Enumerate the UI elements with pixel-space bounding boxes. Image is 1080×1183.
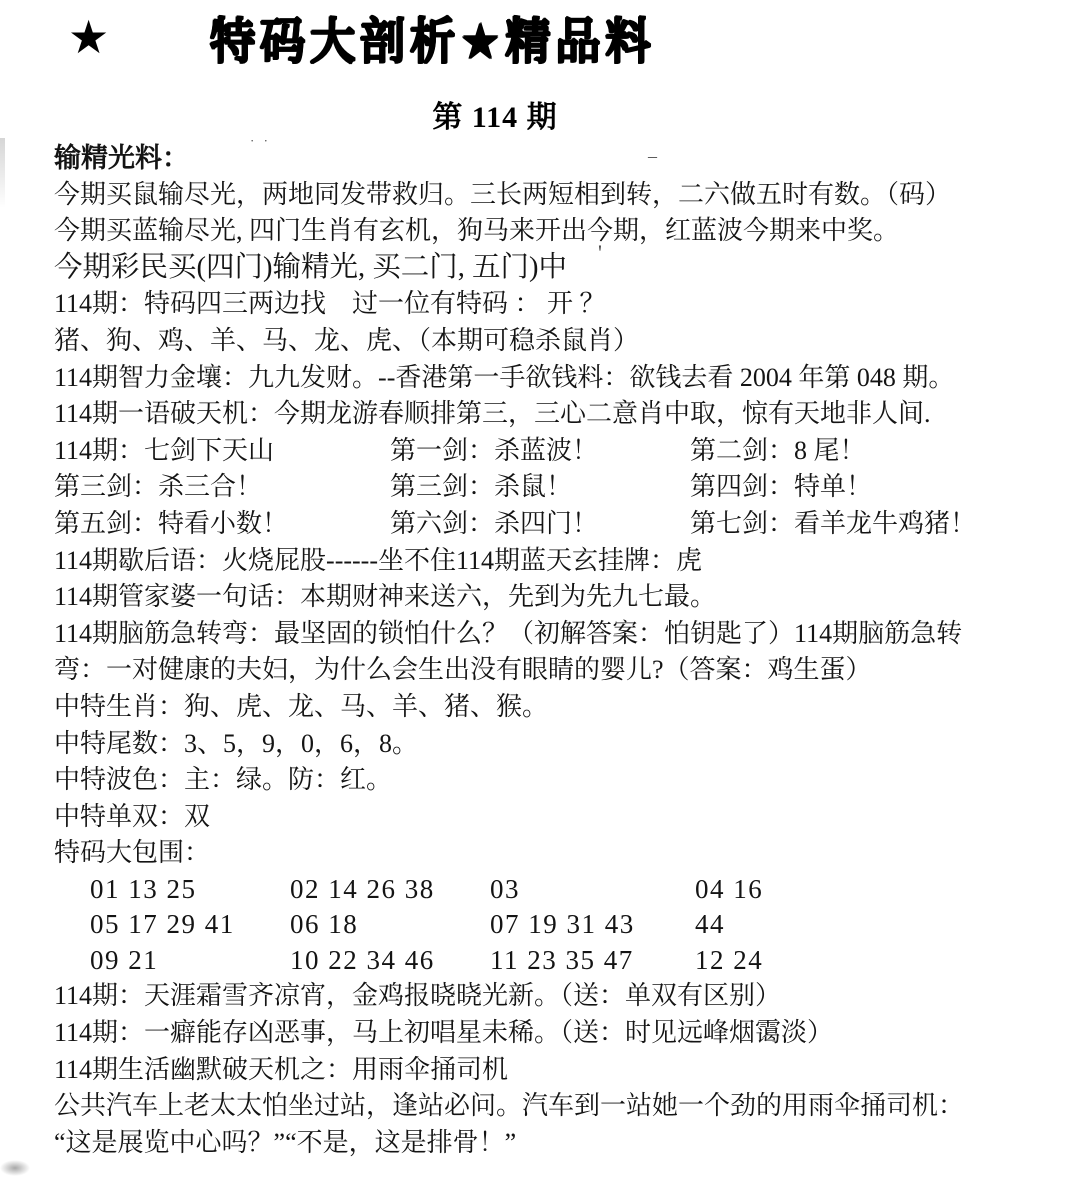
sword-cell: 第七剑：看羊龙牛鸡猪！ <box>690 506 1060 543</box>
number-group: 02 14 26 38 <box>290 872 490 908</box>
number-group: 05 17 29 41 <box>90 907 290 943</box>
sword-row-1: 114期：七剑下天山 第一剑：杀蓝波！ 第二剑：8 尾！ <box>54 433 1060 470</box>
secret-line: 114期一语破天机：今期龙游春顺排第三，三心二意肖中取，惊有天地非人间. <box>54 396 1060 433</box>
poem-line-2: 今期买蓝输尽光, 四门生肖有玄机，狗马来开出今期，红蓝波今期来中奖。 <box>54 213 1060 250</box>
number-grid-row-2: 05 17 29 41 06 18 07 19 31 43 44 <box>90 907 1060 943</box>
number-group: 11 23 35 47 <box>490 943 695 979</box>
section-label-intro: 输精光料： <box>54 140 1060 177</box>
number-group: 12 24 <box>695 943 1060 979</box>
number-group: 44 <box>695 907 1060 943</box>
sword-row-3: 第五剑：特看小数！ 第六剑：杀四门！ 第七剑：看羊龙牛鸡猪！ <box>54 506 1060 543</box>
verse-line-1: 114期：天涯霜雪齐凉宵，金鸡报晓晓光新。（送：单双有区别） <box>54 978 1060 1015</box>
number-group: 07 19 31 43 <box>490 907 695 943</box>
number-grid-row-1: 01 13 25 02 14 26 38 03 04 16 <box>90 872 1060 908</box>
wisdom-line: 114期智力金壤：九九发财。--香港第一手欲钱料：欲钱去看 2004 年第 04… <box>54 360 1060 397</box>
page-title: 特码大剖析★精品料 <box>210 2 655 72</box>
sword-cell: 第二剑：8 尾！ <box>690 433 1060 470</box>
sword-cell: 114期：七剑下天山 <box>54 433 390 470</box>
scan-artifact-tick: ' <box>598 246 605 259</box>
sword-cell: 第三剑：杀三合！ <box>54 469 390 506</box>
document-body: 输精光料： 今期买鼠输尽光，两地同发带救归。三长两短相到转，二六做五时有数。（码… <box>54 140 1060 1161</box>
humor-body-line: 公共汽车上老太太怕坐过站，逢站必问。汽车到一站她一个劲的用雨伞捅司机： <box>54 1088 1060 1125</box>
issue-number: 第 114 期 <box>0 92 990 136</box>
number-grid-row-3: 09 21 10 22 34 46 11 23 35 47 12 24 <box>90 943 1060 979</box>
sword-cell: 第一剑：杀蓝波！ <box>390 433 690 470</box>
sword-cell: 第六剑：杀四门！ <box>390 506 690 543</box>
number-group: 01 13 25 <box>90 872 290 908</box>
scan-artifact-dash: – <box>648 150 660 163</box>
number-group: 06 18 <box>290 907 490 943</box>
sword-cell: 第五剑：特看小数！ <box>54 506 390 543</box>
zhongte-shengxiao-line: 中特生肖：狗、虎、龙、马、羊、猪、猴。 <box>54 689 1060 726</box>
poem-line-3: 今期彩民买(四门)输精光, 买二门, 五门)中 <box>54 250 1060 287</box>
zhongte-weishu-line: 中特尾数：3、5，9，0，6，8。 <box>54 726 1060 763</box>
sword-cell: 第三剑：杀鼠！ <box>390 469 690 506</box>
number-group: 09 21 <box>90 943 290 979</box>
sword-cell: 第四剑：特单！ <box>690 469 1060 506</box>
sword-row-2: 第三剑：杀三合！ 第三剑：杀鼠！ 第四剑：特单！ <box>54 469 1060 506</box>
zhongte-bose-line: 中特波色：主：绿。防：红。 <box>54 762 1060 799</box>
number-group: 10 22 34 46 <box>290 943 490 979</box>
wrap-section-label: 特码大包围： <box>54 835 1060 872</box>
humor-title-line: 114期生活幽默破天机之：用雨伞捅司机 <box>54 1052 1060 1089</box>
number-group: 03 <box>490 872 695 908</box>
zhongte-danshuang-line: 中特单双：双 <box>54 799 1060 836</box>
star-icon: ★ <box>68 10 109 64</box>
scan-edge-streak <box>0 138 5 208</box>
guanjiapo-line: 114期管家婆一句话：本期财神来送六，先到为先九七最。 <box>54 579 1060 616</box>
verse-line-2: 114期：一癖能存凶恶事，马上初唱星未稀。（送：时见远峰烟霭淡） <box>54 1015 1060 1052</box>
poem-line-1: 今期买鼠输尽光，两地同发带救归。三长两短相到转，二六做五时有数。（码） <box>54 177 1060 214</box>
number-group: 04 16 <box>695 872 1060 908</box>
humor-punchline: “这是展览中心吗？”“不是，这是排骨！” <box>54 1125 1060 1162</box>
special-find-line: 114期：特码四三两边找 过一位有特码 ： 开 ？ <box>54 286 1060 323</box>
scan-artifact-dots: · · <box>250 134 271 147</box>
scanned-tip-sheet: ★ 特码大剖析★精品料 第 114 期 输精光料： 今期买鼠输尽光，两地同发带救… <box>0 0 1080 1183</box>
riddle-line-1: 114期脑筋急转弯：最坚固的锁怕什么？（初解答案：怕钥匙了）114期脑筋急转 <box>54 616 1060 653</box>
riddle-line-2: 弯：一对健康的夫妇，为什么会生出没有眼睛的婴儿?（答案：鸡生蛋） <box>54 652 1060 689</box>
zodiac-kill-line: 猪、狗、鸡、羊、马、龙、虎、（本期可稳杀鼠肖） <box>54 323 1060 360</box>
scan-smudge <box>0 1160 30 1176</box>
xiehouyu-line: 114期歇后语：火烧屁股------坐不住114期蓝天玄挂牌：虎 <box>54 543 1060 580</box>
